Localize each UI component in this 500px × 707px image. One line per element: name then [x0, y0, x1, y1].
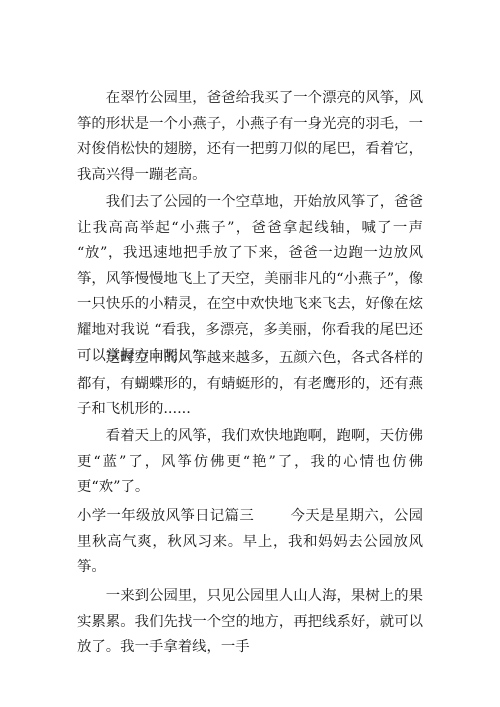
paragraph-running: 看着天上的风筝，我们欢快地跑啊，跑啊，天仿佛更“蓝”了，风筝仿佛更“艳”了，我的…: [77, 424, 423, 501]
paragraph-many-kites: 这时空中的风筝越来越多，五颜六色，各式各样的都有，有蝴蝶形的，有蜻蜓形的，有老鹰…: [77, 346, 423, 423]
paragraph-diary-three: 小学一年级放风筝日记篇三今天是星期六，公园里秋高气爽，秋风习来。早上，我和妈妈去…: [77, 504, 423, 581]
paragraph-text: 在翠竹公园里，爸爸给我买了一个漂亮的风筝，风筝的形状是一个小燕子，小燕子有一身光…: [77, 90, 423, 183]
paragraph-flying-kite: 我们去了公园的一个空草地，开始放风筝了，爸爸让我高高举起“小燕子”，爸爸拿起线轴…: [77, 190, 423, 369]
paragraph-text: 看着天上的风筝，我们欢快地跑啊，跑啊，天仿佛更“蓝”了，风筝仿佛更“艳”了，我的…: [77, 428, 423, 495]
paragraph-text: 这时空中的风筝越来越多，五颜六色，各式各样的都有，有蝴蝶形的，有蜻蜓形的，有老鹰…: [77, 350, 423, 417]
section-heading: 小学一年级放风筝日记篇三: [77, 508, 254, 524]
paragraph-text: 我们去了公园的一个空草地，开始放风筝了，爸爸让我高高举起“小燕子”，爸爸拿起线轴…: [77, 194, 423, 364]
paragraph-kite-gift: 在翠竹公园里，爸爸给我买了一个漂亮的风筝，风筝的形状是一个小燕子，小燕子有一身光…: [77, 86, 423, 188]
paragraph-text: 一来到公园里，只见公园里人山人海，果树上的果实累累。我们先找一个空的地方，再把线…: [77, 588, 423, 655]
paragraph-arrive-park: 一来到公园里，只见公园里人山人海，果树上的果实累累。我们先找一个空的地方，再把线…: [77, 584, 423, 661]
